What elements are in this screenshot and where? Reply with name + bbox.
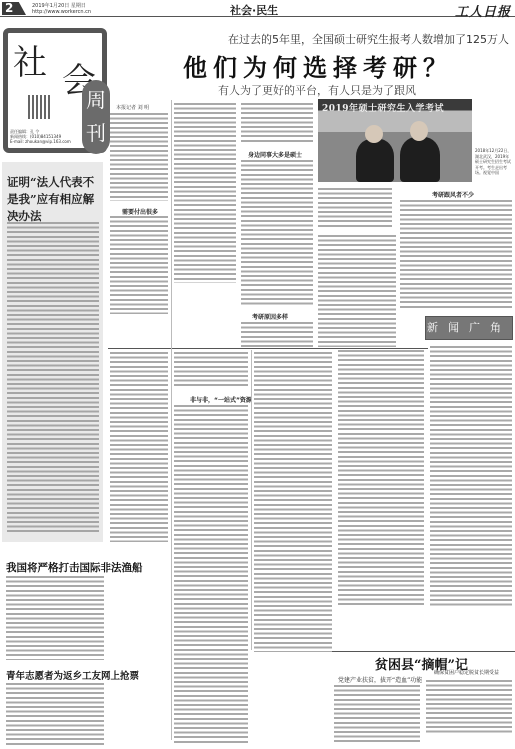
photo-person-right	[400, 137, 440, 182]
column-rule-1	[171, 100, 172, 740]
poverty-column-1	[334, 685, 420, 745]
site-url[interactable]: http://www.workercn.cn	[32, 9, 91, 15]
masthead: 2 2019年1月20日 星期日 http://www.workercn.cn …	[0, 0, 515, 17]
story-column-4a	[318, 188, 392, 228]
story-column-3c	[241, 322, 313, 347]
brief-fishing-body	[6, 576, 104, 660]
section-title: 社会·民生	[230, 2, 278, 18]
news-angle-box: 新闻广角	[425, 316, 513, 340]
section-divider	[108, 348, 428, 349]
subhead-reasons: 考研原因多样	[252, 312, 288, 321]
story-column-4b	[318, 235, 396, 347]
brief-fishing-title[interactable]: 我国将严格打击国际非法渔船	[6, 560, 143, 575]
story-subhead: 有人为了更好的平台，有人只是为了跟风	[218, 82, 416, 98]
brief-volunteer-title[interactable]: 青年志愿者为返乡工友网上抢票	[6, 668, 139, 682]
badge-char-she: 社	[13, 35, 47, 84]
commentary-body	[7, 222, 99, 532]
story-byline: 本报记者 刘 明	[116, 104, 149, 111]
story-column-3a	[241, 103, 313, 143]
photo-head-left	[365, 125, 383, 143]
subhead-follow: 考研跟风者不少	[432, 190, 474, 199]
qr-code-icon[interactable]	[28, 95, 52, 119]
poverty-sub1: 党建产业扶贫，拔开“造血”功能	[338, 675, 422, 684]
subhead-effort: 需要付出很多	[122, 207, 158, 216]
story-headline[interactable]: 他们为何选择考研？	[183, 48, 453, 83]
lower-column-4	[338, 350, 424, 605]
poverty-column-2	[426, 680, 512, 735]
lower-column-2b	[174, 405, 248, 745]
commentary-box: 证明“法人代表不是我”应有相应解决办法 舒 年	[2, 162, 103, 542]
poverty-sub2: 确保贫困户稳定脱贫长期受益	[434, 669, 499, 676]
badge-email[interactable]: E-mail: zhoukan@vip.163.com	[10, 139, 71, 144]
lower-column-1	[110, 352, 168, 542]
brief-volunteer-body	[6, 683, 104, 745]
lower-column-2a	[174, 352, 248, 387]
commentary-author: 舒 年	[10, 212, 22, 219]
lower-column-3	[254, 352, 332, 652]
paper-logo: 工人日报	[455, 1, 511, 20]
issue-date: 2019年1月20日 星期日	[32, 2, 86, 9]
story-column-2	[174, 103, 236, 283]
lower-column-5	[430, 346, 512, 608]
photo-banner: 2019年硕士研究生入学考试	[322, 101, 444, 114]
page-number: 2	[2, 2, 26, 15]
poverty-divider	[332, 651, 515, 652]
photo-head-right	[410, 121, 428, 141]
photo-person-left	[356, 139, 394, 182]
story-column-1b	[110, 216, 168, 314]
subhead-one-stop: 非与非，“一站式”资源	[190, 395, 252, 404]
story-column-3b	[241, 160, 313, 305]
badge-contact: 责任编辑：孔 令 新闻热线：(010)84151349 E-mail: zhou…	[10, 129, 71, 144]
subhead-colleagues: 身边同事大多是硕士	[248, 150, 302, 159]
photo-caption: 2018年12月22日，湖北武汉，2019年硕士研究生招生考试开考。考生走出考场…	[475, 148, 513, 176]
column-rule-2	[251, 350, 252, 650]
weekly-label: 周刊	[82, 80, 110, 154]
story-column-1a	[110, 113, 168, 201]
story-column-5	[400, 200, 512, 310]
story-kicker: 在过去的5年里，全国硕士研究生报考人数增加了125万人	[228, 31, 509, 47]
